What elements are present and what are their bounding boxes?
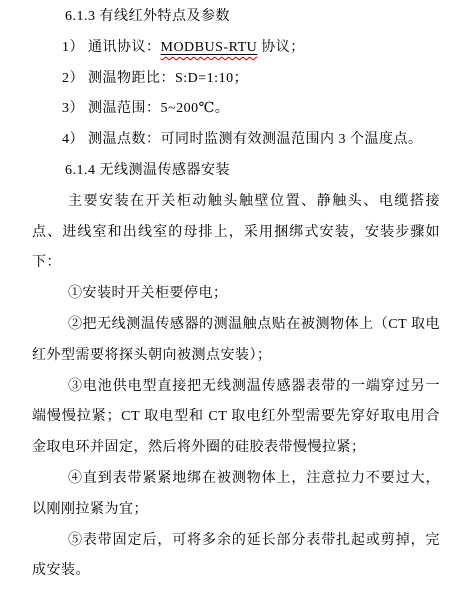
document-page: 6.1.3 有线红外特点及参数 1） 通讯协议：MODBUS-RTU 协议； 2… bbox=[0, 0, 462, 615]
spellchecked-term: MODBUS-RTU bbox=[161, 40, 258, 55]
list-item-2: 2） 测温物距比：S:D=1:10； bbox=[32, 64, 440, 95]
install-step-5: ⑤表带固定后，可将多余的延长部分表带扎起或剪掉，完成安装。 bbox=[32, 526, 440, 588]
heading-6-1-4: 6.1.4 无线测温传感器安装 bbox=[32, 156, 440, 187]
install-step-4: ④直到表带紧紧地绑在被测物体上，注意拉力不要过大，以刚刚拉紧为宜； bbox=[32, 464, 440, 526]
list-item-1-prefix: 1） 通讯协议： bbox=[62, 40, 161, 55]
install-intro-paragraph: 主要安装在开关柜动触头触壁位置、静触头、电缆搭接点、进线室和出线室的母排上，采用… bbox=[32, 187, 440, 279]
install-step-2: ②把无线测温传感器的测温触点贴在被测物体上（CT 取电红外型需要将探头朝向被测点… bbox=[32, 310, 440, 372]
list-item-1-suffix: 协议； bbox=[257, 40, 305, 55]
spellcheck-underline: MODBUS-RTU bbox=[161, 40, 258, 55]
list-item-1: 1） 通讯协议：MODBUS-RTU 协议； bbox=[32, 33, 440, 64]
list-item-4: 4） 测温点数：可同时监测有效测温范围内 3 个温度点。 bbox=[32, 125, 440, 156]
install-step-3: ③电池供电型直接把无线测温传感器表带的一端穿过另一端慢慢拉紧；CT 取电型和 C… bbox=[32, 372, 440, 464]
list-item-3: 3） 测温范围：5~200℃。 bbox=[32, 94, 440, 125]
heading-6-1-3: 6.1.3 有线红外特点及参数 bbox=[32, 2, 440, 33]
install-step-1: ①安装时开关柜要停电； bbox=[32, 279, 440, 310]
